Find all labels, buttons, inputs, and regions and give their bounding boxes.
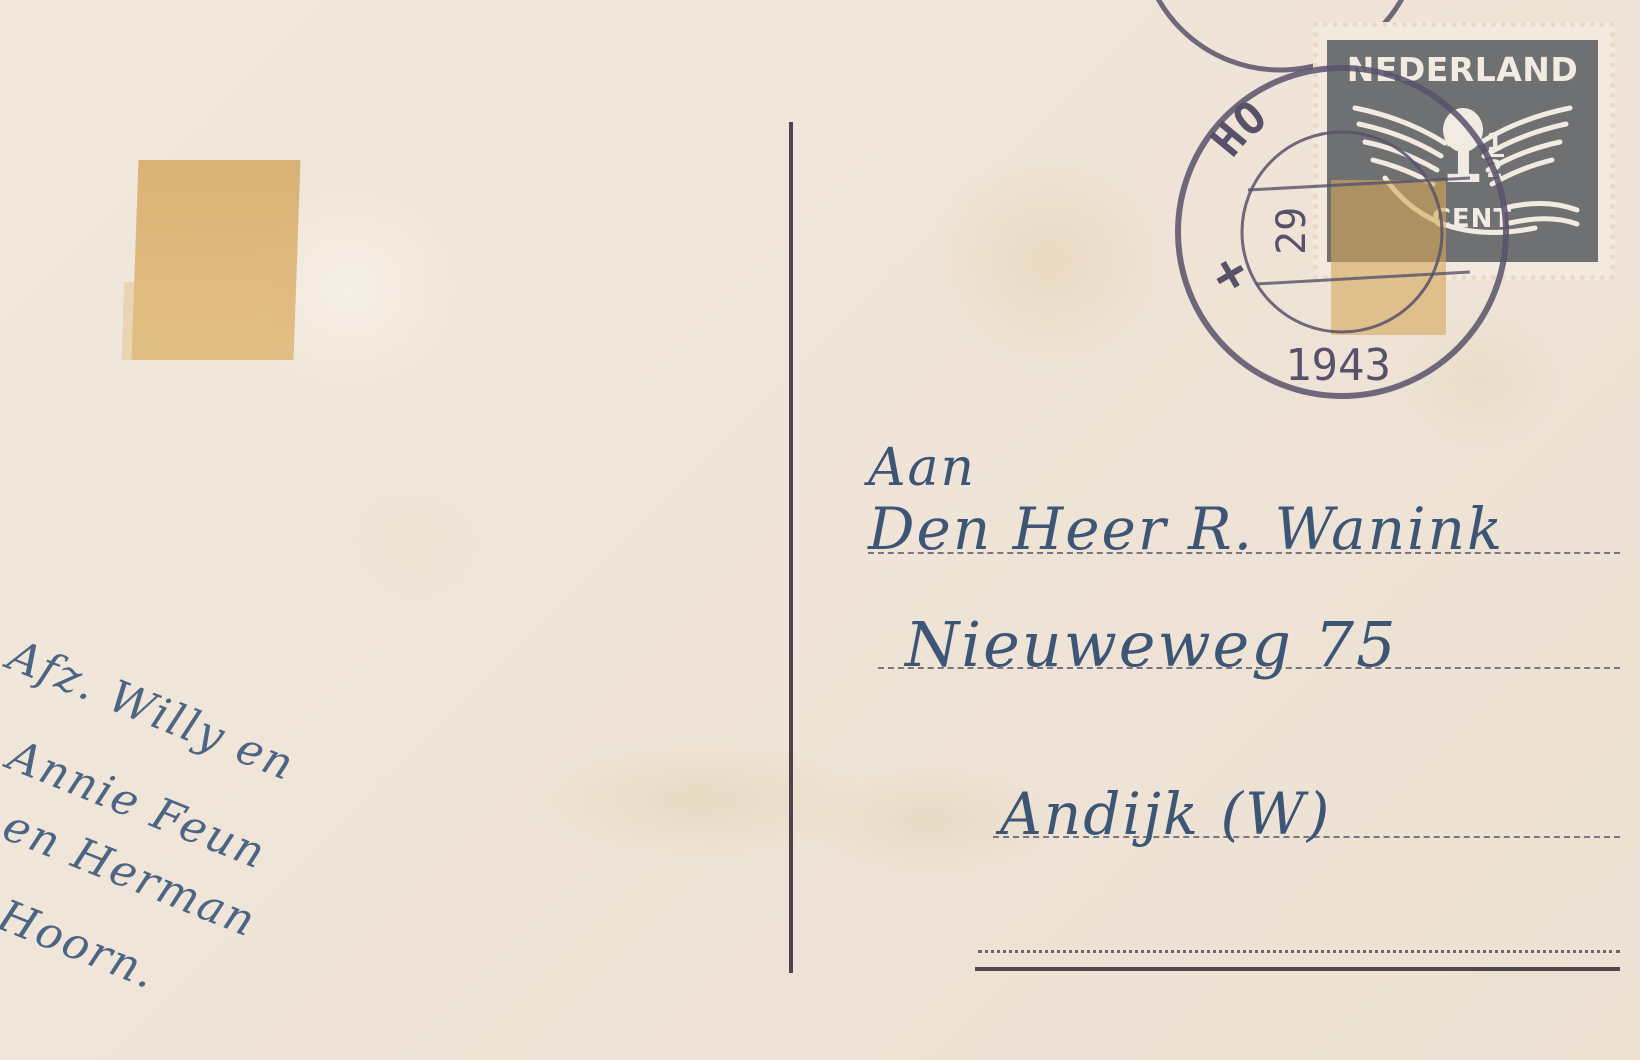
adhesive-tape-left [132,160,301,360]
adhesive-tape-stamp [1331,180,1446,335]
address-city: Andijk (W) [1000,780,1331,848]
address-street: Nieuweweg 75 [905,608,1398,681]
address-recipient: Den Heer R. Wanink [868,495,1504,563]
postmark-day: 29 [1269,207,1315,255]
sender-line: Hoorn. [0,890,165,1000]
postmark-place: HO [1201,91,1276,166]
stamp-country: NEDERLAND [1327,50,1598,89]
postmark-symbol: + [1201,240,1258,308]
center-divider [789,122,793,973]
address-salutation: Aan [868,438,976,498]
address-line-dotted [978,950,1620,953]
postcard-back: NEDERLAND 112 CENT [0,0,1640,1060]
address-line-solid [975,967,1620,971]
postmark-year: 1943 [1285,340,1391,391]
sender-note: Afz. Willy en Annie Feun en Herman Hoorn… [10,630,430,1030]
